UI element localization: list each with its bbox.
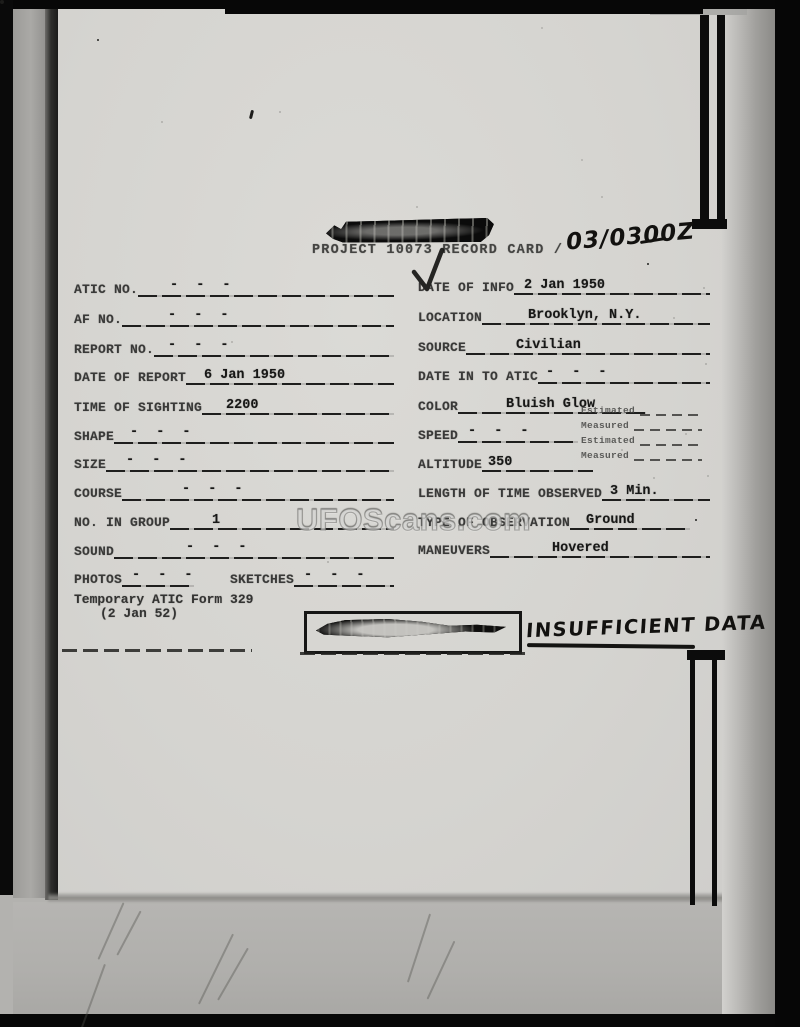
field-line: - - - (138, 279, 394, 297)
field-line: Civilian (466, 337, 710, 355)
field-label: AF NO. (74, 312, 122, 327)
field-line: 2 Jan 1950 (514, 277, 710, 295)
scan-backing-paper (13, 902, 775, 1014)
field-value: 3 Min. (610, 484, 659, 499)
field-line: - - - (122, 569, 194, 587)
field-label: REPORT NO. (74, 342, 154, 357)
scan-right-strip (722, 8, 775, 1014)
scan-border-right (775, 0, 800, 1027)
field-time-of-sighting: TIME OF SIGHTING 2200 (74, 397, 394, 415)
field-line: Brooklyn, N.Y. (482, 307, 710, 325)
field-label: SKETCHES (230, 572, 294, 587)
sketch-box (304, 611, 522, 654)
field-value: 6 Jan 1950 (204, 368, 285, 383)
field-value: - - - (132, 568, 198, 583)
field-value: Hovered (552, 541, 609, 556)
field-speed: SPEED - - - (418, 425, 578, 443)
binding-bar-icon (690, 659, 695, 905)
field-label: DATE IN TO ATIC (418, 369, 538, 384)
field-line: - - - (106, 454, 394, 472)
field-photos-sketches: PHOTOS - - - SKETCHES - - - (74, 569, 394, 587)
field-source: SOURCE Civilian (418, 337, 710, 355)
field-value: - - - (168, 338, 234, 353)
field-line: 2200 (202, 397, 394, 415)
field-value: - - - (186, 540, 252, 555)
field-date-of-info: DATE OF INFO 2 Jan 1950 (418, 277, 710, 295)
field-line: Hovered (490, 540, 710, 558)
redaction-bar (326, 218, 494, 244)
field-value: - - - (130, 425, 196, 440)
field-label: TIME OF SIGHTING (74, 400, 202, 415)
field-value: - - - (168, 308, 234, 323)
field-value: Civilian (516, 338, 581, 353)
field-label: SOUND (74, 544, 114, 559)
field-line: - - - (122, 483, 394, 501)
field-line: 3 Min. (602, 483, 710, 501)
field-label: ALTITUDE (418, 457, 482, 472)
field-value: - - - (546, 365, 612, 380)
flag-line (634, 422, 702, 431)
field-label: SOURCE (418, 340, 466, 355)
field-value: 2200 (226, 398, 258, 413)
scan-border-left (0, 0, 13, 895)
field-location: LOCATION Brooklyn, N.Y. (418, 307, 710, 325)
binding-bar-foot (712, 219, 727, 229)
binding-bar-foot (692, 219, 714, 229)
scan-left-shadow (45, 8, 58, 900)
field-line: - - - (294, 569, 394, 587)
field-line: - - - (114, 541, 394, 559)
field-label: LENGTH OF TIME OBSERVED (418, 486, 602, 501)
scan-left-strip (13, 8, 45, 898)
altitude-estimated-flag: Estimated (581, 434, 702, 446)
field-date-of-report: DATE OF REPORT 6 Jan 1950 (74, 367, 394, 385)
speed-estimated-flag: Estimated (581, 404, 702, 416)
field-line: Ground (570, 512, 690, 530)
binding-bar-icon (712, 659, 717, 906)
field-line: - - - (458, 425, 578, 443)
field-value: Ground (586, 513, 635, 528)
field-label: MANEUVERS (418, 543, 490, 558)
field-value: 350 (488, 455, 512, 470)
form-number: Temporary ATIC Form 329 (74, 592, 253, 607)
field-maneuvers: MANEUVERS Hovered (418, 540, 710, 558)
scan-border-bottom (0, 1014, 800, 1027)
field-label: SIZE (74, 457, 106, 472)
flag-line (640, 407, 702, 416)
redacted-sketch-blob (314, 618, 508, 644)
form-date: (2 Jan 52) (100, 606, 178, 621)
field-date-in-to-atic: DATE IN TO ATIC - - - (418, 366, 710, 384)
field-value: - - - (182, 482, 248, 497)
field-value: - - - (468, 424, 534, 439)
field-label: COURSE (74, 486, 122, 501)
card-bottom-edge (48, 893, 724, 902)
flag-line (634, 452, 702, 461)
field-line: - - - (154, 339, 394, 357)
field-label: PHOTOS (74, 572, 122, 587)
scan-speck (0, 0, 4, 4)
field-label: DATE OF INFO (418, 280, 514, 295)
field-value: - - - (170, 278, 236, 293)
field-atic-no: ATIC NO. - - - (74, 279, 394, 297)
stray-line (62, 649, 252, 652)
field-report-no: REPORT NO. - - - (74, 339, 394, 357)
binding-bar-icon (700, 15, 709, 222)
field-line: - - - (122, 309, 394, 327)
field-af-no: AF NO. - - - (74, 309, 394, 327)
field-line: 350 (482, 454, 593, 472)
field-length-of-time-observed: LENGTH OF TIME OBSERVED 3 Min. (418, 483, 710, 501)
field-label: NO. IN GROUP (74, 515, 170, 530)
field-altitude: ALTITUDE 350 (418, 454, 593, 472)
field-label: ATIC NO. (74, 282, 138, 297)
speed-measured-flag: Measured (581, 419, 702, 431)
binding-bar-icon (717, 15, 725, 222)
field-value: 2 Jan 1950 (524, 278, 605, 293)
field-line: - - - (538, 366, 710, 384)
field-value: Brooklyn, N.Y. (528, 308, 641, 323)
field-shape: SHAPE - - - (74, 426, 394, 444)
field-line: 6 Jan 1950 (186, 367, 394, 385)
field-course: COURSE - - - (74, 483, 394, 501)
field-label: SPEED (418, 428, 458, 443)
field-value: - - - (304, 568, 370, 583)
watermark: UFOScans.com (296, 502, 531, 538)
field-line: - - - (114, 426, 394, 444)
field-value: 1 (212, 513, 220, 528)
field-sound: SOUND - - - (74, 541, 394, 559)
field-label: DATE OF REPORT (74, 370, 186, 385)
field-label: COLOR (418, 399, 458, 414)
field-size: SIZE - - - (74, 454, 394, 472)
scan-border-top-thick (225, 0, 703, 14)
field-label: LOCATION (418, 310, 482, 325)
altitude-measured-flag: Measured (581, 449, 702, 461)
stray-line (300, 652, 528, 655)
scanned-record-card-page: PROJECT 10073 RECORD CARD / 03/0300Z ATI… (0, 0, 800, 1027)
field-label: SHAPE (74, 429, 114, 444)
field-value: - - - (126, 453, 192, 468)
flag-line (640, 437, 702, 446)
